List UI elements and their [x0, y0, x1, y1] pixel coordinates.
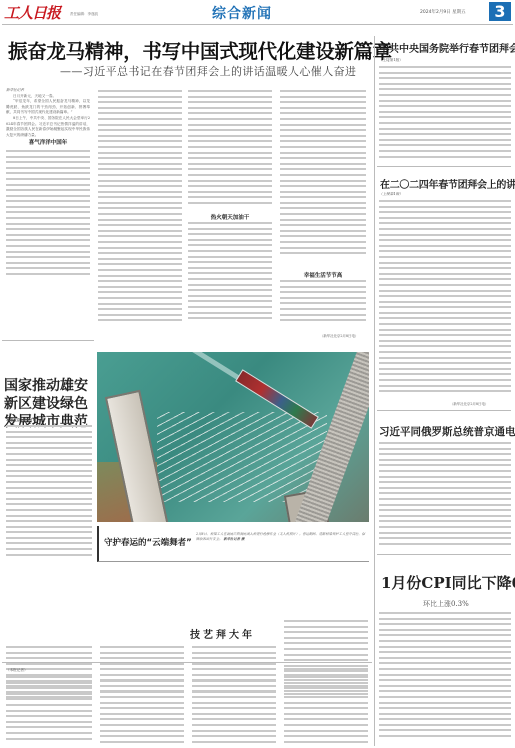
lead-headline: 振奋龙马精神，书写中国式现代化建设新篇章 [8, 36, 373, 64]
lead-column-3a [188, 90, 272, 210]
text-block [6, 150, 90, 280]
bridge-photo [97, 352, 369, 522]
side-story-2-dateline: （上接第1版） [379, 192, 511, 200]
lead-column-4b [280, 280, 366, 326]
story-divider [2, 340, 94, 341]
lead-paragraph: 8日上午，中共中央、国务院在人民大会堂举行2024年春节团拜会。习近平总书记热情… [6, 116, 90, 138]
side-story-2-body [379, 200, 511, 400]
photo-caption-text: 2月8日，桥梁工人在湖南岳阳洞庭湖大桥进行检修作业（无人机照片）。春运期间，道路… [196, 532, 368, 543]
dateline: （上接第1版） [379, 192, 403, 196]
section-head-1: 喜气洋洋中国年 [6, 141, 90, 147]
story-divider [2, 662, 372, 663]
bottom-column-1 [6, 676, 92, 746]
section-head-3: 幸福生活节节高 [280, 271, 366, 279]
lead-subheadline: ——习近平总书记在春节团拜会上的讲话温暖人心催人奋进 [60, 63, 356, 79]
page-number-badge: 3 [489, 2, 511, 21]
lead-column-1: 新华社记者 日月开新元，天地又一春。 “甲辰龙年，希望全国人民振奋龙马精神，以龙… [6, 88, 90, 326]
story-divider [377, 410, 511, 411]
side-story-1-title: 中共中央国务院举行春节团拜会 [379, 40, 515, 55]
dateline: 本报北京2月8日电 [6, 418, 36, 422]
photo-credit: 新华社记者 摄 [223, 537, 244, 541]
side-story-3-body [379, 442, 511, 548]
bottom-column-4 [284, 668, 368, 746]
story-divider [377, 166, 511, 167]
dateline: （本报记者） [6, 668, 28, 672]
side-story-4-body [379, 612, 511, 746]
side-story-2-closing: （新华社北京2月8日电） [450, 402, 510, 408]
craft-story-title: 技艺拜大年 [190, 626, 255, 641]
lead-paragraph: “甲辰龙年，希望全国人民振奋龙马精神，以龙腾虎跃、鱼跃龙门的干劲闯劲，开拓创新、… [6, 99, 90, 116]
column-divider [374, 36, 375, 746]
section-head-2: 热火朝天加油干 [188, 213, 272, 221]
lead-closing: （新华社北京2月8日电） [320, 334, 368, 340]
bottom-story-dateline: （本报记者） [6, 668, 92, 676]
editor-credit: 责任编辑：李逸凯 [70, 12, 98, 17]
side-story-2-title: 在二〇二四年春节团拜会上的讲话 [380, 176, 515, 191]
dateline: （上接第1版） [379, 58, 403, 62]
newspaper-logo: 工人日报 [4, 2, 60, 23]
lead-column-2 [98, 90, 182, 326]
lead-column-3b [188, 222, 272, 326]
side-story-3-title: 习近平同俄罗斯总统普京通电话 [379, 424, 515, 439]
section-title: 综合新闻 [212, 3, 272, 23]
left-feature-body [6, 425, 92, 563]
caption-body: 2月8日，桥梁工人在湖南岳阳洞庭湖大桥进行检修作业（无人机照片）。春运期间，道路… [196, 532, 365, 541]
lead-column-4a [280, 90, 366, 260]
story-divider [377, 554, 511, 555]
bottom-column-3 [192, 668, 276, 746]
side-story-1-body [379, 66, 511, 162]
photo-caption-title: 守护春运的“云端舞者” [104, 536, 192, 548]
issue-date: 2024年2月9日 星期五 [420, 9, 466, 15]
masthead: 工人日报 责任编辑：李逸凯 [4, 2, 98, 22]
header-divider [2, 24, 513, 25]
side-story-4-title: 1月份CPI同比下降0.8% [381, 572, 515, 593]
side-story-4-subtitle: 环比上涨0.3% [423, 599, 469, 609]
bottom-column-2 [100, 668, 184, 746]
